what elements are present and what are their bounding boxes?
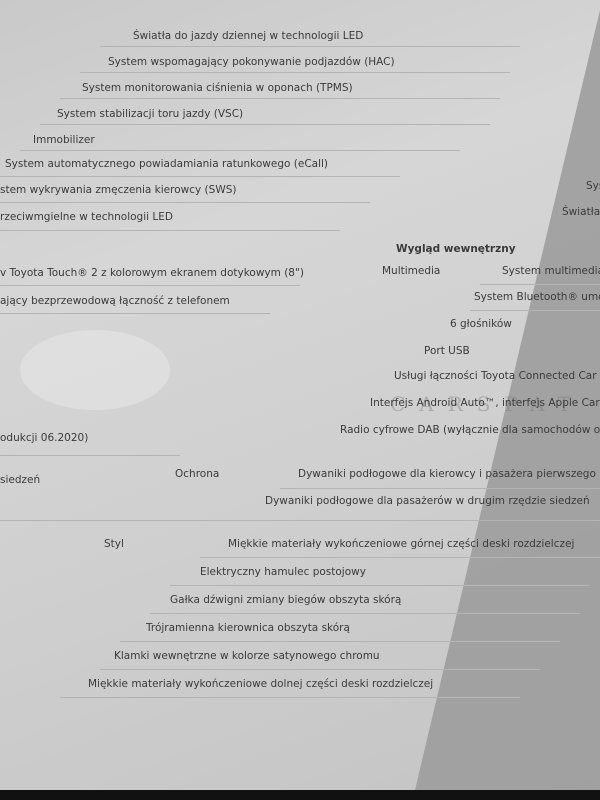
spec-item: ający bezprzewodową łączność z telefonem (0, 295, 230, 307)
spec-item: Interfejs Android Auto™, interfejs Apple… (370, 397, 600, 409)
divider (100, 46, 520, 47)
spec-item: Dywaniki podłogowe dla kierowcy i pasaże… (298, 468, 600, 480)
divider (0, 520, 600, 521)
divider (0, 202, 370, 203)
divider (0, 313, 270, 314)
spec-item: Port USB (424, 345, 470, 357)
divider (120, 641, 560, 642)
spec-item: Światła do jazdy dziennej w technologii … (133, 30, 363, 42)
divider (40, 124, 490, 125)
spec-item: rzeciwmgielne w technologii LED (0, 211, 173, 223)
divider (470, 310, 600, 311)
spec-item: Elektryczny hamulec postojowy (200, 566, 366, 578)
spec-item: siedzeń (0, 474, 40, 486)
spec-item: v Toyota Touch® 2 z kolorowym ekranem do… (0, 267, 304, 279)
photo-edge (0, 790, 600, 800)
spec-item: 6 głośników (450, 318, 512, 330)
divider (200, 557, 600, 558)
spec-item: System wspomagający pokonywanie podjazdó… (108, 56, 395, 68)
spec-item: System automatycznego powiadamiania ratu… (5, 158, 328, 170)
divider (0, 230, 340, 231)
divider (60, 697, 520, 698)
divider (170, 585, 590, 586)
spec-item: Klamki wewnętrzne w kolorze satynowego c… (114, 650, 380, 662)
divider (150, 613, 580, 614)
group-label-styl: Styl (104, 538, 124, 550)
divider (80, 72, 510, 73)
spec-item: Trójramienna kierownica obszyta skórą (146, 622, 350, 634)
spec-item: Gałka dźwigni zmiany biegów obszyta skór… (170, 594, 401, 606)
spec-item: odukcji 06.2020) (0, 432, 88, 444)
spec-item: Dywaniki podłogowe dla pasażerów w drugi… (265, 495, 590, 507)
divider (280, 488, 600, 489)
divider (0, 176, 400, 177)
divider (20, 150, 460, 151)
spec-item: Miękkie materiały wykończeniowe dolnej c… (88, 678, 433, 690)
divider (0, 285, 300, 286)
glare (20, 330, 170, 410)
spec-item: System multimedial (502, 265, 600, 277)
section-title: Wygląd wewnętrzny (396, 243, 516, 255)
divider (0, 455, 180, 456)
divider (480, 284, 600, 285)
spec-item: Syst (586, 180, 600, 192)
spec-item: Miękkie materiały wykończeniowe górnej c… (228, 538, 574, 550)
spec-item: Immobilizer (33, 134, 95, 146)
spec-item: System stabilizacji toru jazdy (VSC) (57, 108, 243, 120)
spec-item: Usługi łączności Toyota Connected Car (394, 370, 597, 382)
spec-item: stem wykrywania zmęczenia kierowcy (SWS) (0, 184, 236, 196)
spec-item: System Bluetooth® umożli (474, 291, 600, 303)
divider (100, 669, 540, 670)
group-label-multimedia: Multimedia (382, 265, 440, 277)
group-label-ochrona: Ochrona (175, 468, 219, 480)
divider (60, 98, 500, 99)
spec-item: System monitorowania ciśnienia w oponach… (82, 82, 353, 94)
spec-item: Radio cyfrowe DAB (wyłącznie dla samocho… (340, 424, 600, 436)
spec-item: Światła p (562, 206, 600, 218)
